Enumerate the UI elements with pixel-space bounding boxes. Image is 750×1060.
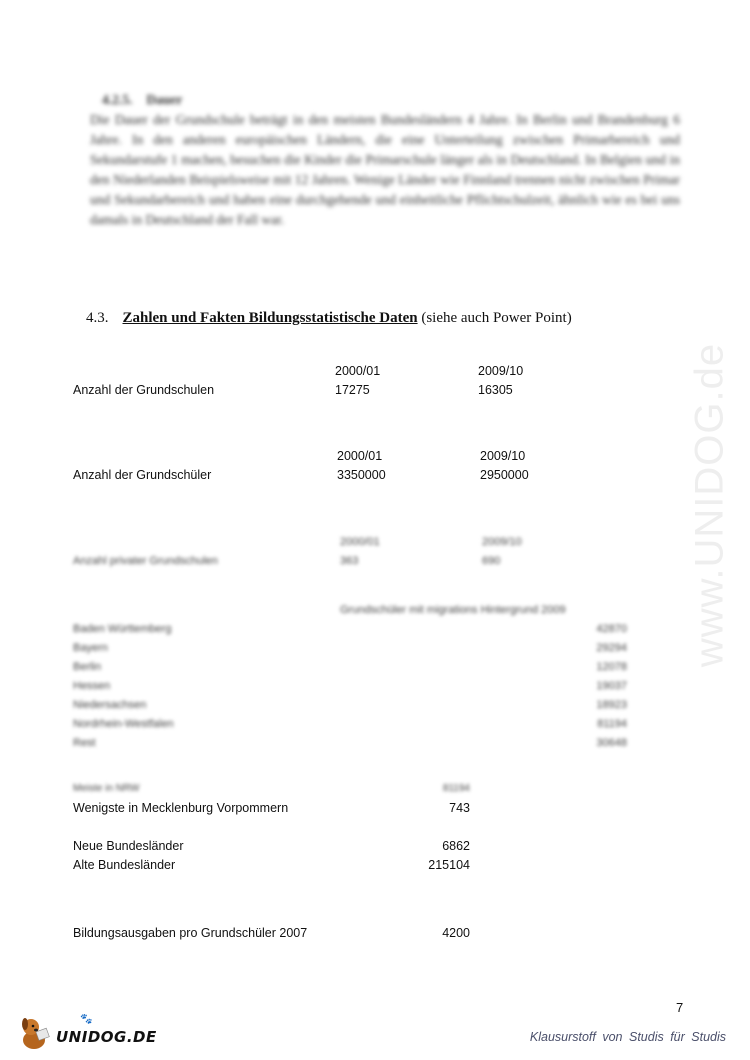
ausgaben-row: Bildungsausgaben pro Grundschüler 2007 4… — [0, 924, 750, 944]
migration-row-value: 19037 — [596, 677, 627, 695]
row-label: Alte Bundesländer — [73, 856, 175, 874]
migration-row-label: Niedersachsen — [73, 696, 146, 714]
migration-row-label: Rest — [73, 734, 96, 752]
year-header: 2009/10 — [478, 362, 523, 380]
year-header: 2009/10 — [480, 447, 525, 465]
private-schools-table: 2000/01 2009/10 Anzahl privater Grundsch… — [0, 533, 750, 573]
migration-row-label: Berlin — [73, 658, 101, 676]
cell-value: 81194 — [443, 780, 470, 798]
row-label: Meiste in NRW — [73, 780, 140, 798]
summary-row: Neue Bundesländer6862 — [0, 837, 750, 855]
footer-tagline: Klausurstoff von Studis für Studis — [530, 1030, 726, 1044]
intro-section: 4.2.5.Dauer Die Dauer der Grundschule be… — [90, 90, 680, 230]
migration-row-label: Baden Württemberg — [73, 620, 171, 638]
row-label: Wenigste in Mecklenburg Vorpommern — [73, 799, 288, 817]
cell-value: 690 — [482, 552, 500, 570]
migration-row-value: 29294 — [596, 639, 627, 657]
cell-value: 17275 — [335, 381, 370, 399]
year-header: 2000/01 — [335, 362, 380, 380]
migration-header: Grundschüler mit migrations Hintergrund … — [340, 601, 566, 619]
cell-value: 6862 — [442, 837, 470, 855]
migration-row-label: Hessen — [73, 677, 110, 695]
summary-table: Meiste in NRW81194Wenigste in Mecklenbur… — [0, 780, 750, 880]
year-header: 2000/01 — [337, 447, 382, 465]
migration-row-value: 30648 — [596, 734, 627, 752]
section-heading: 4.3.Zahlen und Fakten Bildungsstatistisc… — [86, 310, 572, 327]
paw-icon: 🐾 — [80, 1014, 92, 1025]
logo-text: UNIDOG.DE — [56, 1028, 157, 1046]
migration-table: Grundschüler mit migrations Hintergrund … — [0, 601, 750, 751]
watermark-text: www.UNIDOG.de — [688, 343, 733, 667]
cell-value: 2950000 — [480, 466, 529, 484]
grundschulen-table: 2000/01 2009/10 Anzahl der Grundschulen … — [0, 362, 750, 402]
row-label: Anzahl der Grundschulen — [73, 381, 214, 399]
unidog-logo: 🐾 UNIDOG.DE — [20, 1014, 155, 1052]
migration-row-label: Nordrhein-Westfalen — [73, 715, 174, 733]
subsection-heading: 4.2.5.Dauer — [102, 90, 680, 110]
row-label: Bildungsausgaben pro Grundschüler 2007 — [73, 924, 307, 942]
dog-mascot-icon — [20, 1016, 50, 1050]
row-label: Anzahl der Grundschüler — [73, 466, 211, 484]
row-label: Anzahl privater Grundschulen — [73, 552, 218, 570]
summary-row: Alte Bundesländer215104 — [0, 856, 750, 874]
row-label: Neue Bundesländer — [73, 837, 184, 855]
subsection-title: Dauer — [146, 92, 182, 107]
year-header: 2009/10 — [482, 533, 522, 551]
section-title: Zahlen und Fakten Bildungsstatistische D… — [123, 310, 418, 326]
grundschueler-table: 2000/01 2009/10 Anzahl der Grundschüler … — [0, 447, 750, 487]
cell-value: 363 — [340, 552, 358, 570]
cell-value: 215104 — [428, 856, 470, 874]
cell-value: 3350000 — [337, 466, 386, 484]
page-number: 7 — [676, 1000, 683, 1015]
subsection-number: 4.2.5. — [102, 92, 132, 107]
migration-row-value: 42870 — [596, 620, 627, 638]
watermark: www.UNIDOG.de — [690, 280, 730, 730]
migration-row-value: 12078 — [596, 658, 627, 676]
migration-row-value: 18923 — [596, 696, 627, 714]
section-suffix: (siehe auch Power Point) — [421, 310, 571, 326]
cell-value: 16305 — [478, 381, 513, 399]
intro-paragraph: Die Dauer der Grundschule beträgt in den… — [90, 110, 680, 230]
section-number: 4.3. — [86, 310, 109, 326]
cell-value: 743 — [449, 799, 470, 817]
cell-value: 4200 — [442, 924, 470, 942]
year-header: 2000/01 — [340, 533, 380, 551]
migration-row-label: Bayern — [73, 639, 108, 657]
summary-row: Wenigste in Mecklenburg Vorpommern743 — [0, 799, 750, 817]
migration-row-value: 81194 — [597, 715, 627, 733]
summary-row: Meiste in NRW81194 — [0, 780, 750, 798]
